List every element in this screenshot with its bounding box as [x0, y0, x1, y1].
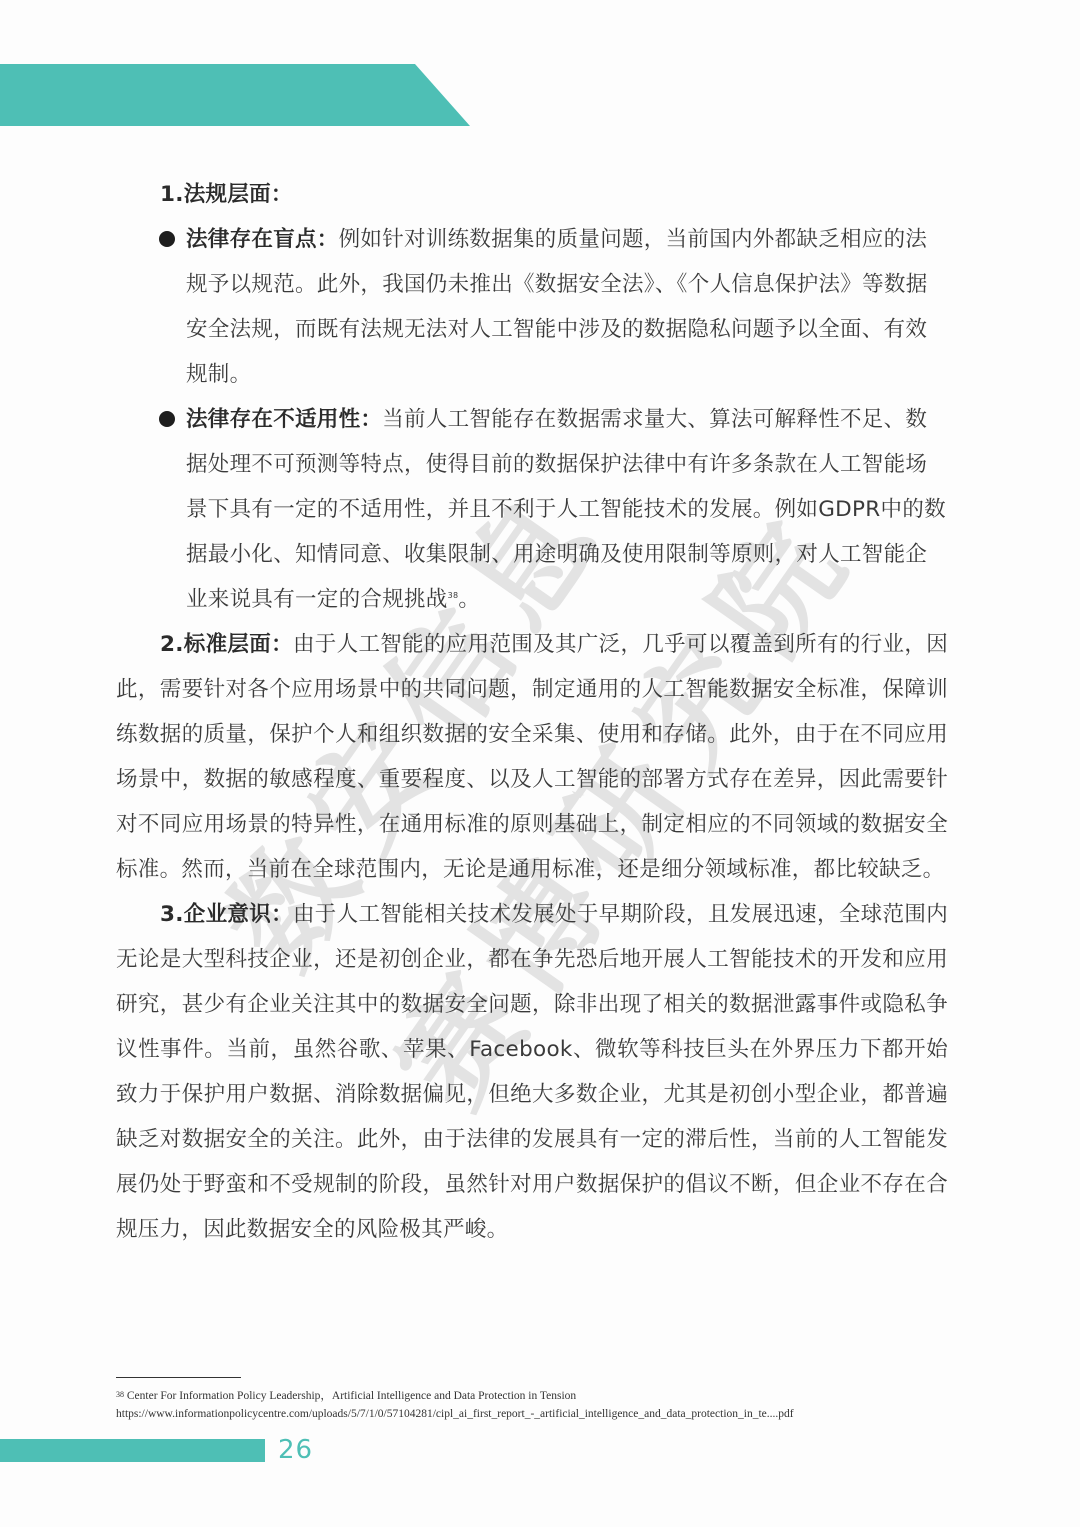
section-3-paragraph: 3.企业意识：由于人工智能相关技术发展处于早期阶段，且发展迅速，全球范围内无论是… [116, 892, 948, 1252]
footnote-citation: 38 Center For Information Policy Leaders… [116, 1386, 976, 1405]
section-2-paragraph: 2.标准层面：由于人工智能的应用范围及其广泛，几乎可以覆盖到所有的行业，因此，需… [116, 622, 948, 892]
section-2-text: 由于人工智能的应用范围及其广泛，几乎可以覆盖到所有的行业，因此，需要针对各个应用… [116, 632, 948, 882]
footnote: 38 Center For Information Policy Leaders… [116, 1386, 976, 1423]
section-3-text: 由于人工智能相关技术发展处于早期阶段，且发展迅速，全球范围内无论是大型科技企业，… [116, 902, 948, 1242]
bullet-label: 法律存在盲点： [186, 227, 339, 252]
bullet-legal-inapplicability: 法律存在不适用性：当前人工智能存在数据需求量大、算法可解释性不足、数据处理不可预… [116, 397, 948, 622]
bullet-legal-blind-spots: 法律存在盲点：例如针对训练数据集的质量问题，当前国内外都缺乏相应的法规予以规范。… [116, 217, 948, 397]
footnote-url[interactable]: https://www.informationpolicycentre.com/… [116, 1405, 976, 1423]
bullet-tail: 。 [458, 587, 480, 612]
section-3-label: 3.企业意识： [160, 902, 293, 927]
footnote-number: 38 [116, 1390, 124, 1399]
document-body: 1.法规层面： 法律存在盲点：例如针对训练数据集的质量问题，当前国内外都缺乏相应… [116, 172, 948, 1252]
bullet-dot-icon [159, 231, 175, 247]
footer-accent-band [0, 1439, 265, 1462]
section-1-heading: 1.法规层面： [116, 172, 948, 217]
footnote-source: Center For Information Policy Leadership… [127, 1390, 576, 1402]
bullet-label: 法律存在不适用性： [186, 407, 382, 432]
section-2-label: 2.标准层面： [160, 632, 293, 657]
bullet-dot-icon [159, 411, 175, 427]
footnote-divider [116, 1377, 241, 1378]
page-number: 26 [278, 1434, 313, 1466]
footnote-reference[interactable]: 38 [448, 591, 459, 600]
bullet-text: 当前人工智能存在数据需求量大、算法可解释性不足、数据处理不可预测等特点，使得目前… [186, 407, 946, 612]
header-accent-band [0, 64, 470, 126]
